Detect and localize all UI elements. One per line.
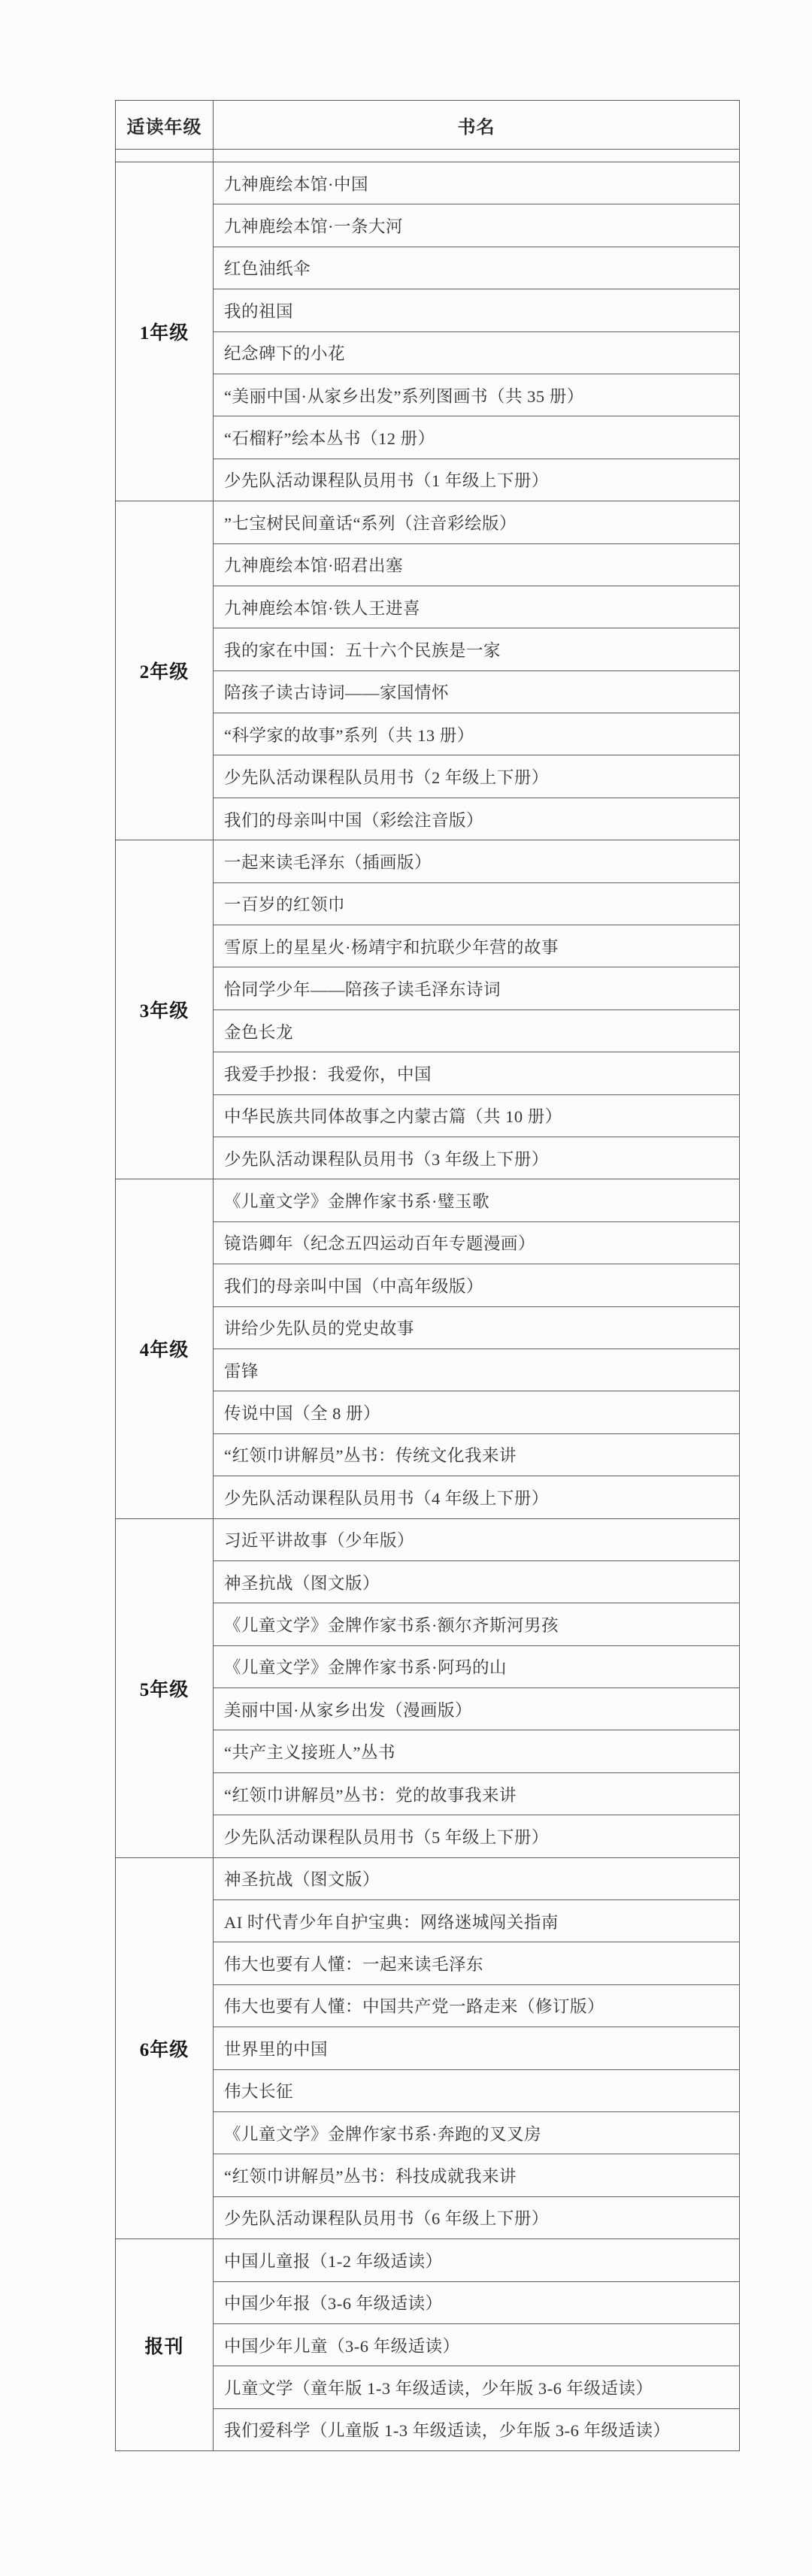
- book-title-cell: 少先队活动课程队员用书（6 年级上下册）: [214, 2196, 740, 2238]
- book-title-cell: “红领巾讲解员”丛书：传统文化我来讲: [214, 1433, 740, 1476]
- spacer-cell: [116, 150, 214, 162]
- book-title-cell: 中华民族共同体故事之内蒙古篇（共 10 册）: [214, 1094, 740, 1137]
- book-title-cell: 陪孩子读古诗词——家国情怀: [214, 670, 740, 713]
- book-title-cell: 少先队活动课程队员用书（3 年级上下册）: [214, 1137, 740, 1179]
- spacer-cell: [214, 150, 740, 162]
- reading-list-document: 适读年级 书名 1年级九神鹿绘本馆·中国九神鹿绘本馆·一条大河红色油纸伞我的祖国…: [115, 100, 739, 2451]
- grade-cell: 5年级: [116, 1518, 214, 1857]
- book-title-cell: 世界里的中国: [214, 2027, 740, 2069]
- book-title-cell: 神圣抗战（图文版）: [214, 1560, 740, 1603]
- book-title-cell: AI 时代青少年自护宝典：网络迷城闯关指南: [214, 1900, 740, 1942]
- table-row: 3年级一起来读毛泽东（插画版）: [116, 840, 740, 882]
- book-title-cell: 九神鹿绘本馆·中国: [214, 162, 740, 204]
- book-title-cell: 雷锋: [214, 1349, 740, 1391]
- book-title-cell: “美丽中国·从家乡出发”系列图画书（共 35 册）: [214, 374, 740, 416]
- book-title-cell: 习近平讲故事（少年版）: [214, 1518, 740, 1560]
- book-title-cell: 中国儿童报（1-2 年级适读）: [214, 2239, 740, 2281]
- grade-cell: 4年级: [116, 1179, 214, 1518]
- book-title-cell: 我爱手抄报：我爱你，中国: [214, 1052, 740, 1094]
- book-title-cell: 金色长龙: [214, 1010, 740, 1052]
- book-title-cell: 九神鹿绘本馆·昭君出塞: [214, 543, 740, 586]
- table-row: 报刊中国儿童报（1-2 年级适读）: [116, 2239, 740, 2281]
- book-title-cell: 《儿童文学》金牌作家书系·额尔齐斯河男孩: [214, 1603, 740, 1645]
- book-title-cell: 中国少年报（3-6 年级适读）: [214, 2281, 740, 2323]
- book-title-cell: 我的祖国: [214, 289, 740, 331]
- book-title-cell: 《儿童文学》金牌作家书系·阿玛的山: [214, 1645, 740, 1688]
- book-title-cell: 我们的母亲叫中国（中高年级版）: [214, 1264, 740, 1306]
- grade-cell: 1年级: [116, 162, 214, 501]
- header-row: 适读年级 书名: [116, 101, 740, 150]
- book-title-cell: 我们爱科学（儿童版 1-3 年级适读，少年版 3-6 年级适读）: [214, 2408, 740, 2450]
- book-title-cell: 中国少年儿童（3-6 年级适读）: [214, 2323, 740, 2366]
- book-title-cell: 一百岁的红领巾: [214, 882, 740, 925]
- book-title-cell: “红领巾讲解员”丛书：科技成就我来讲: [214, 2154, 740, 2196]
- book-title-cell: 恰同学少年——陪孩子读毛泽东诗词: [214, 967, 740, 1010]
- book-title-cell: 《儿童文学》金牌作家书系·璧玉歌: [214, 1179, 740, 1221]
- table-row: 2年级”七宝树民间童话“系列（注音彩绘版）: [116, 501, 740, 543]
- book-title-cell: ”七宝树民间童话“系列（注音彩绘版）: [214, 501, 740, 543]
- book-title-cell: 少先队活动课程队员用书（1 年级上下册）: [214, 459, 740, 501]
- book-title-cell: 九神鹿绘本馆·铁人王进喜: [214, 586, 740, 628]
- table-row: 4年级《儿童文学》金牌作家书系·璧玉歌: [116, 1179, 740, 1221]
- grade-column-header: 适读年级: [116, 101, 214, 150]
- book-title-cell: 红色油纸伞: [214, 247, 740, 289]
- reading-list-table: 适读年级 书名 1年级九神鹿绘本馆·中国九神鹿绘本馆·一条大河红色油纸伞我的祖国…: [115, 100, 740, 2451]
- book-title-cell: 讲给少先队员的党史故事: [214, 1306, 740, 1349]
- book-title-cell: 九神鹿绘本馆·一条大河: [214, 204, 740, 247]
- grade-cell: 报刊: [116, 2239, 214, 2451]
- book-title-cell: 镜诰卿年（纪念五四运动百年专题漫画）: [214, 1221, 740, 1264]
- book-title-cell: 伟大长征: [214, 2069, 740, 2111]
- book-title-cell: “石榴籽”绘本丛书（12 册）: [214, 416, 740, 459]
- book-table-body: 1年级九神鹿绘本馆·中国九神鹿绘本馆·一条大河红色油纸伞我的祖国纪念碑下的小花“…: [116, 162, 740, 2451]
- book-title-cell: 传说中国（全 8 册）: [214, 1391, 740, 1433]
- book-title-cell: 雪原上的星星火·杨靖宇和抗联少年营的故事: [214, 925, 740, 967]
- book-column-header: 书名: [214, 101, 740, 150]
- table-row: 6年级神圣抗战（图文版）: [116, 1857, 740, 1899]
- book-title-cell: 少先队活动课程队员用书（5 年级上下册）: [214, 1815, 740, 1857]
- book-title-cell: 伟大也要有人懂：一起来读毛泽东: [214, 1942, 740, 1984]
- book-title-cell: 纪念碑下的小花: [214, 331, 740, 374]
- book-title-cell: 美丽中国·从家乡出发（漫画版）: [214, 1688, 740, 1730]
- book-title-cell: 儿童文学（童年版 1-3 年级适读，少年版 3-6 年级适读）: [214, 2366, 740, 2408]
- book-title-cell: 少先队活动课程队员用书（4 年级上下册）: [214, 1476, 740, 1518]
- table-row: 1年级九神鹿绘本馆·中国: [116, 162, 740, 204]
- book-title-cell: “共产主义接班人”丛书: [214, 1730, 740, 1772]
- book-title-cell: “科学家的故事”系列（共 13 册）: [214, 713, 740, 755]
- book-title-cell: 神圣抗战（图文版）: [214, 1857, 740, 1899]
- grade-cell: 2年级: [116, 501, 214, 840]
- grade-cell: 6年级: [116, 1857, 214, 2239]
- table-row: 5年级习近平讲故事（少年版）: [116, 1518, 740, 1560]
- book-title-cell: 我们的母亲叫中国（彩绘注音版）: [214, 798, 740, 840]
- grade-cell: 3年级: [116, 840, 214, 1179]
- book-title-cell: 一起来读毛泽东（插画版）: [214, 840, 740, 882]
- book-title-cell: 伟大也要有人懂：中国共产党一路走来（修订版）: [214, 1984, 740, 2027]
- book-title-cell: 《儿童文学》金牌作家书系·奔跑的叉叉房: [214, 2111, 740, 2154]
- book-title-cell: 少先队活动课程队员用书（2 年级上下册）: [214, 755, 740, 798]
- book-title-cell: “红领巾讲解员”丛书：党的故事我来讲: [214, 1772, 740, 1815]
- book-title-cell: 我的家在中国：五十六个民族是一家: [214, 628, 740, 670]
- header-spacer-row: [116, 150, 740, 162]
